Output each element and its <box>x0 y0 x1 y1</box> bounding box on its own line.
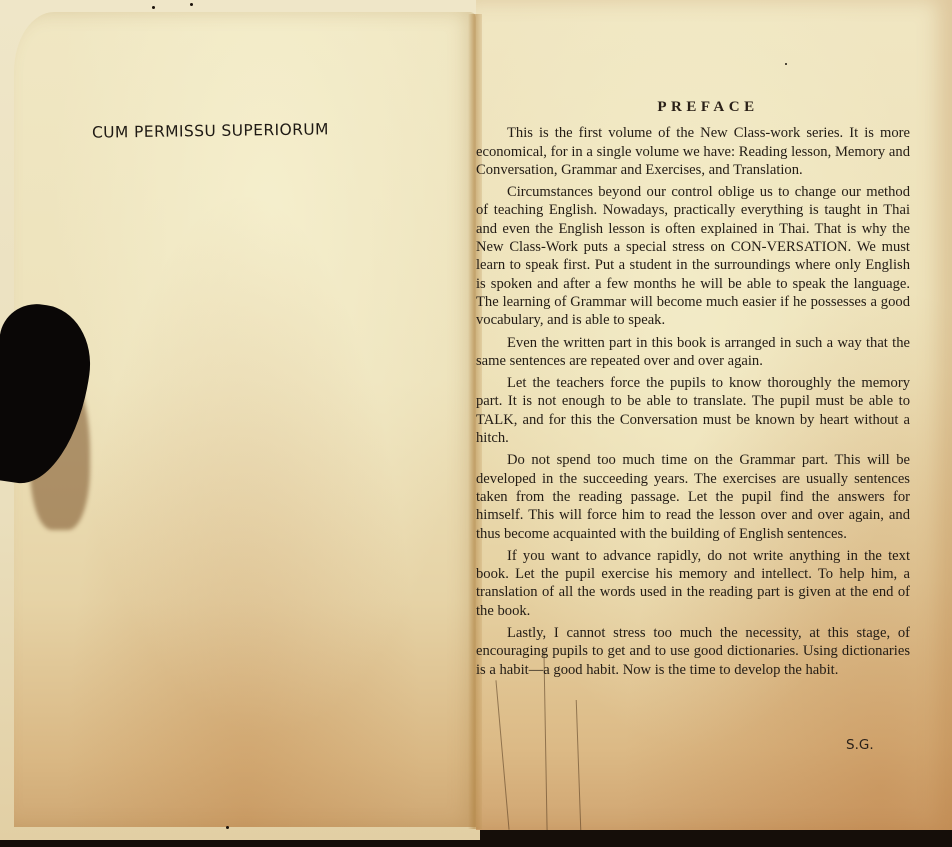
preface-paragraph: Do not spend too much time on the Gramma… <box>476 451 910 542</box>
imprimatur-text: CUM PERMISSU SUPERIORUM <box>92 120 329 141</box>
preface-title: PREFACE <box>476 98 910 116</box>
preface-paragraph: Even the written part in this book is ar… <box>476 334 910 371</box>
paper-speck <box>226 826 229 829</box>
preface-paragraph: This is the first volume of the New Clas… <box>476 124 910 179</box>
preface-paragraph: Lastly, I cannot stress too much the nec… <box>476 624 910 679</box>
preface-section: PREFACE This is the first volume of the … <box>476 98 910 683</box>
paper-speck <box>190 3 193 6</box>
book-photo: CUM PERMISSU SUPERIORUM PREFACE This is … <box>0 0 952 847</box>
author-signature: S.G. <box>846 737 874 753</box>
preface-paragraph: If you want to advance rapidly, do not w… <box>476 547 910 620</box>
paper-speck <box>785 63 787 65</box>
preface-paragraph: Let the teachers force the pupils to kno… <box>476 374 910 447</box>
paper-speck <box>152 6 155 9</box>
preface-paragraph: Circumstances beyond our control oblige … <box>476 183 910 329</box>
